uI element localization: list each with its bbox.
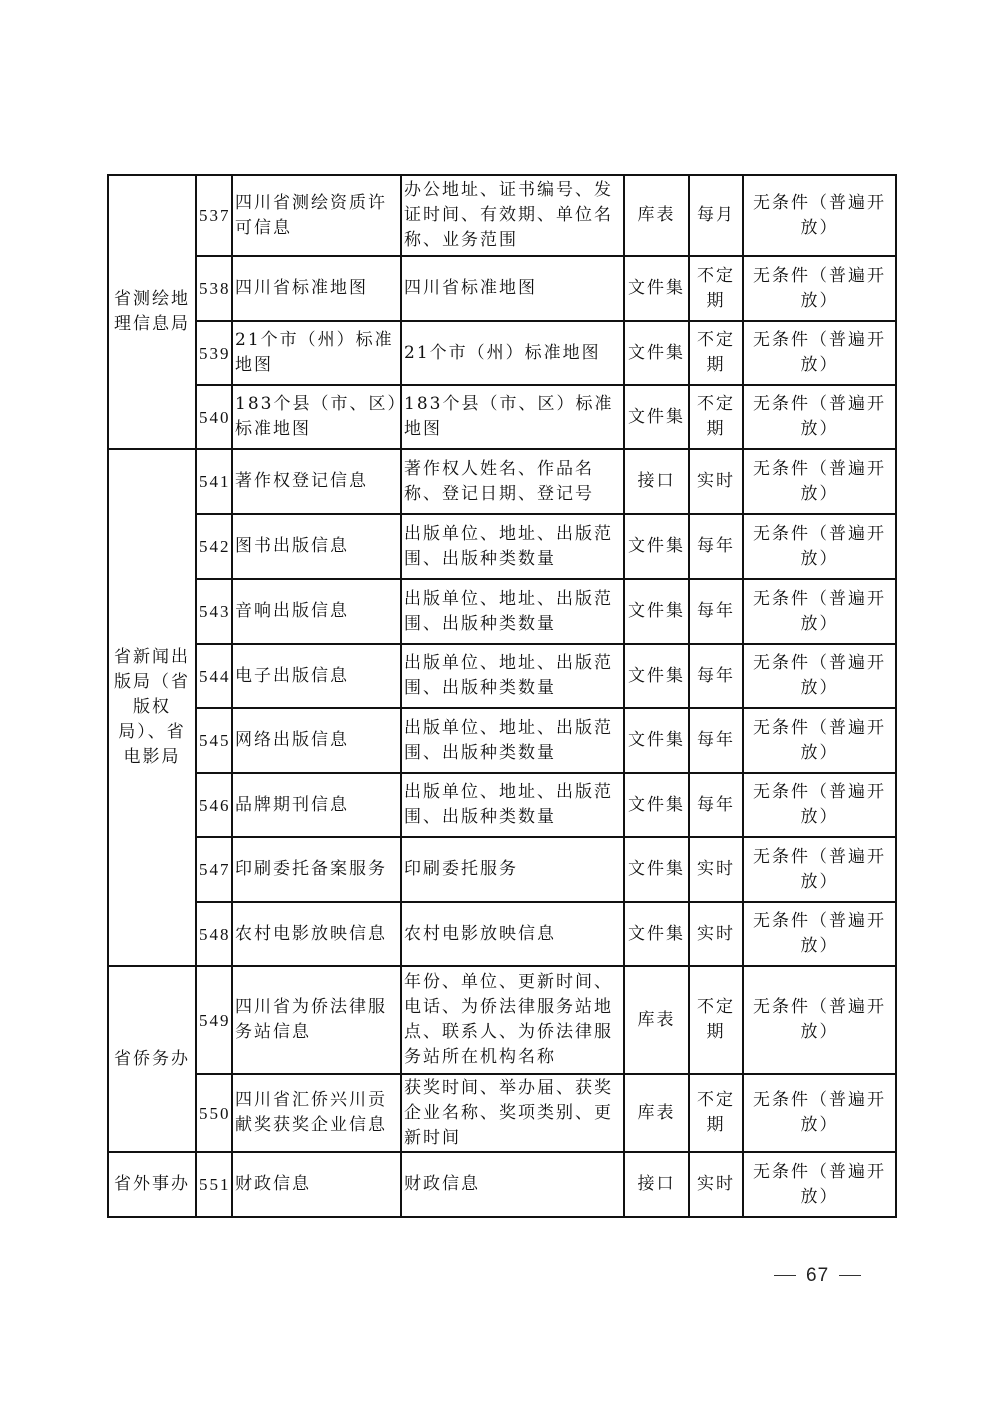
openness-cell: 无条件（普遍开放） xyxy=(743,1152,896,1217)
openness-cell: 无条件（普遍开放） xyxy=(743,644,896,708)
format-cell: 接口 xyxy=(624,449,689,514)
data-name-cell: 四川省测绘资质许可信息 xyxy=(232,175,401,256)
format-cell: 文件集 xyxy=(624,579,689,644)
openness-cell: 无条件（普遍开放） xyxy=(743,1074,896,1152)
openness-cell: 无条件（普遍开放） xyxy=(743,514,896,579)
openness-cell: 无条件（普遍开放） xyxy=(743,708,896,773)
openness-cell: 无条件（普遍开放） xyxy=(743,837,896,902)
update-frequency-cell: 不定期 xyxy=(689,321,743,385)
update-frequency-cell: 不定期 xyxy=(689,966,743,1074)
row-number-cell: 548 xyxy=(196,902,232,966)
openness-cell: 无条件（普遍开放） xyxy=(743,385,896,449)
data-name-cell: 网络出版信息 xyxy=(232,708,401,773)
data-items-cell: 著作权人姓名、作品名称、登记日期、登记号 xyxy=(401,449,624,514)
data-name-cell: 财政信息 xyxy=(232,1152,401,1217)
table-row: 省侨务办549四川省为侨法律服务站信息年份、单位、更新时间、电话、为侨法律服务站… xyxy=(108,966,896,1074)
update-frequency-cell: 实时 xyxy=(689,449,743,514)
format-cell: 库表 xyxy=(624,175,689,256)
table-body: 省测绘地理信息局537四川省测绘资质许可信息办公地址、证书编号、发证时间、有效期… xyxy=(108,175,896,1217)
openness-cell: 无条件（普遍开放） xyxy=(743,175,896,256)
openness-cell: 无条件（普遍开放） xyxy=(743,902,896,966)
update-frequency-cell: 每年 xyxy=(689,514,743,579)
department-cell: 省新闻出版局（省版权局）、省电影局 xyxy=(108,449,196,966)
data-name-cell: 图书出版信息 xyxy=(232,514,401,579)
table-row: 547印刷委托备案服务印刷委托服务文件集实时无条件（普遍开放） xyxy=(108,837,896,902)
update-frequency-cell: 每年 xyxy=(689,708,743,773)
table-row: 省外事办551财政信息财政信息接口实时无条件（普遍开放） xyxy=(108,1152,896,1217)
format-cell: 文件集 xyxy=(624,773,689,837)
openness-cell: 无条件（普遍开放） xyxy=(743,579,896,644)
update-frequency-cell: 不定期 xyxy=(689,256,743,321)
table-row: 544电子出版信息出版单位、地址、出版范围、出版种类数量文件集每年无条件（普遍开… xyxy=(108,644,896,708)
format-cell: 文件集 xyxy=(624,644,689,708)
data-name-cell: 音响出版信息 xyxy=(232,579,401,644)
update-frequency-cell: 实时 xyxy=(689,837,743,902)
data-items-cell: 四川省标准地图 xyxy=(401,256,624,321)
format-cell: 文件集 xyxy=(624,321,689,385)
data-items-cell: 183个县（市、区）标准地图 xyxy=(401,385,624,449)
data-items-cell: 出版单位、地址、出版范围、出版种类数量 xyxy=(401,514,624,579)
format-cell: 文件集 xyxy=(624,256,689,321)
update-frequency-cell: 每年 xyxy=(689,579,743,644)
department-cell: 省侨务办 xyxy=(108,966,196,1152)
update-frequency-cell: 每年 xyxy=(689,644,743,708)
data-name-cell: 四川省标准地图 xyxy=(232,256,401,321)
data-name-cell: 四川省汇侨兴川贡献奖获奖企业信息 xyxy=(232,1074,401,1152)
row-number-cell: 543 xyxy=(196,579,232,644)
data-name-cell: 农村电影放映信息 xyxy=(232,902,401,966)
data-items-cell: 农村电影放映信息 xyxy=(401,902,624,966)
row-number-cell: 538 xyxy=(196,256,232,321)
data-items-cell: 出版单位、地址、出版范围、出版种类数量 xyxy=(401,773,624,837)
openness-cell: 无条件（普遍开放） xyxy=(743,966,896,1074)
row-number-cell: 549 xyxy=(196,966,232,1074)
data-name-cell: 四川省为侨法律服务站信息 xyxy=(232,966,401,1074)
row-number-cell: 546 xyxy=(196,773,232,837)
data-items-cell: 出版单位、地址、出版范围、出版种类数量 xyxy=(401,644,624,708)
table-row: 548农村电影放映信息农村电影放映信息文件集实时无条件（普遍开放） xyxy=(108,902,896,966)
data-items-cell: 印刷委托服务 xyxy=(401,837,624,902)
data-items-cell: 获奖时间、举办届、获奖企业名称、奖项类别、更新时间 xyxy=(401,1074,624,1152)
data-items-cell: 出版单位、地址、出版范围、出版种类数量 xyxy=(401,579,624,644)
data-catalog-table: 省测绘地理信息局537四川省测绘资质许可信息办公地址、证书编号、发证时间、有效期… xyxy=(107,174,897,1218)
format-cell: 库表 xyxy=(624,966,689,1074)
data-name-cell: 印刷委托备案服务 xyxy=(232,837,401,902)
table-row: 546品牌期刊信息出版单位、地址、出版范围、出版种类数量文件集每年无条件（普遍开… xyxy=(108,773,896,837)
table-row: 543音响出版信息出版单位、地址、出版范围、出版种类数量文件集每年无条件（普遍开… xyxy=(108,579,896,644)
row-number-cell: 540 xyxy=(196,385,232,449)
format-cell: 文件集 xyxy=(624,385,689,449)
page-number: 67 xyxy=(764,1265,871,1287)
row-number-cell: 537 xyxy=(196,175,232,256)
document-page: 省测绘地理信息局537四川省测绘资质许可信息办公地址、证书编号、发证时间、有效期… xyxy=(0,0,992,1403)
table-row: 省测绘地理信息局537四川省测绘资质许可信息办公地址、证书编号、发证时间、有效期… xyxy=(108,175,896,256)
update-frequency-cell: 每年 xyxy=(689,773,743,837)
update-frequency-cell: 每月 xyxy=(689,175,743,256)
row-number-cell: 541 xyxy=(196,449,232,514)
table-row: 53921个市（州）标准地图21个市（州）标准地图文件集不定期无条件（普遍开放） xyxy=(108,321,896,385)
update-frequency-cell: 不定期 xyxy=(689,385,743,449)
table-row: 550四川省汇侨兴川贡献奖获奖企业信息获奖时间、举办届、获奖企业名称、奖项类别、… xyxy=(108,1074,896,1152)
table-row: 542图书出版信息出版单位、地址、出版范围、出版种类数量文件集每年无条件（普遍开… xyxy=(108,514,896,579)
format-cell: 文件集 xyxy=(624,902,689,966)
openness-cell: 无条件（普遍开放） xyxy=(743,773,896,837)
format-cell: 文件集 xyxy=(624,514,689,579)
openness-cell: 无条件（普遍开放） xyxy=(743,321,896,385)
table-row: 省新闻出版局（省版权局）、省电影局541著作权登记信息著作权人姓名、作品名称、登… xyxy=(108,449,896,514)
openness-cell: 无条件（普遍开放） xyxy=(743,256,896,321)
row-number-cell: 539 xyxy=(196,321,232,385)
format-cell: 文件集 xyxy=(624,708,689,773)
dash-left xyxy=(774,1275,796,1276)
row-number-cell: 544 xyxy=(196,644,232,708)
format-cell: 接口 xyxy=(624,1152,689,1217)
row-number-cell: 547 xyxy=(196,837,232,902)
row-number-cell: 542 xyxy=(196,514,232,579)
data-items-cell: 办公地址、证书编号、发证时间、有效期、单位名称、业务范围 xyxy=(401,175,624,256)
department-cell: 省测绘地理信息局 xyxy=(108,175,196,449)
data-name-cell: 著作权登记信息 xyxy=(232,449,401,514)
row-number-cell: 545 xyxy=(196,708,232,773)
department-cell: 省外事办 xyxy=(108,1152,196,1217)
update-frequency-cell: 不定期 xyxy=(689,1074,743,1152)
row-number-cell: 551 xyxy=(196,1152,232,1217)
table-row: 540183个县（市、区）标准地图183个县（市、区）标准地图文件集不定期无条件… xyxy=(108,385,896,449)
format-cell: 文件集 xyxy=(624,837,689,902)
table-row: 538四川省标准地图四川省标准地图文件集不定期无条件（普遍开放） xyxy=(108,256,896,321)
data-items-cell: 21个市（州）标准地图 xyxy=(401,321,624,385)
row-number-cell: 550 xyxy=(196,1074,232,1152)
data-name-cell: 21个市（州）标准地图 xyxy=(232,321,401,385)
table-row: 545网络出版信息出版单位、地址、出版范围、出版种类数量文件集每年无条件（普遍开… xyxy=(108,708,896,773)
openness-cell: 无条件（普遍开放） xyxy=(743,449,896,514)
data-name-cell: 品牌期刊信息 xyxy=(232,773,401,837)
dash-right xyxy=(839,1275,861,1276)
data-items-cell: 财政信息 xyxy=(401,1152,624,1217)
update-frequency-cell: 实时 xyxy=(689,1152,743,1217)
page-number-text: 67 xyxy=(806,1265,829,1286)
data-items-cell: 年份、单位、更新时间、电话、为侨法律服务站地点、联系人、为侨法律服务站所在机构名… xyxy=(401,966,624,1074)
update-frequency-cell: 实时 xyxy=(689,902,743,966)
format-cell: 库表 xyxy=(624,1074,689,1152)
data-items-cell: 出版单位、地址、出版范围、出版种类数量 xyxy=(401,708,624,773)
data-name-cell: 电子出版信息 xyxy=(232,644,401,708)
data-name-cell: 183个县（市、区）标准地图 xyxy=(232,385,401,449)
